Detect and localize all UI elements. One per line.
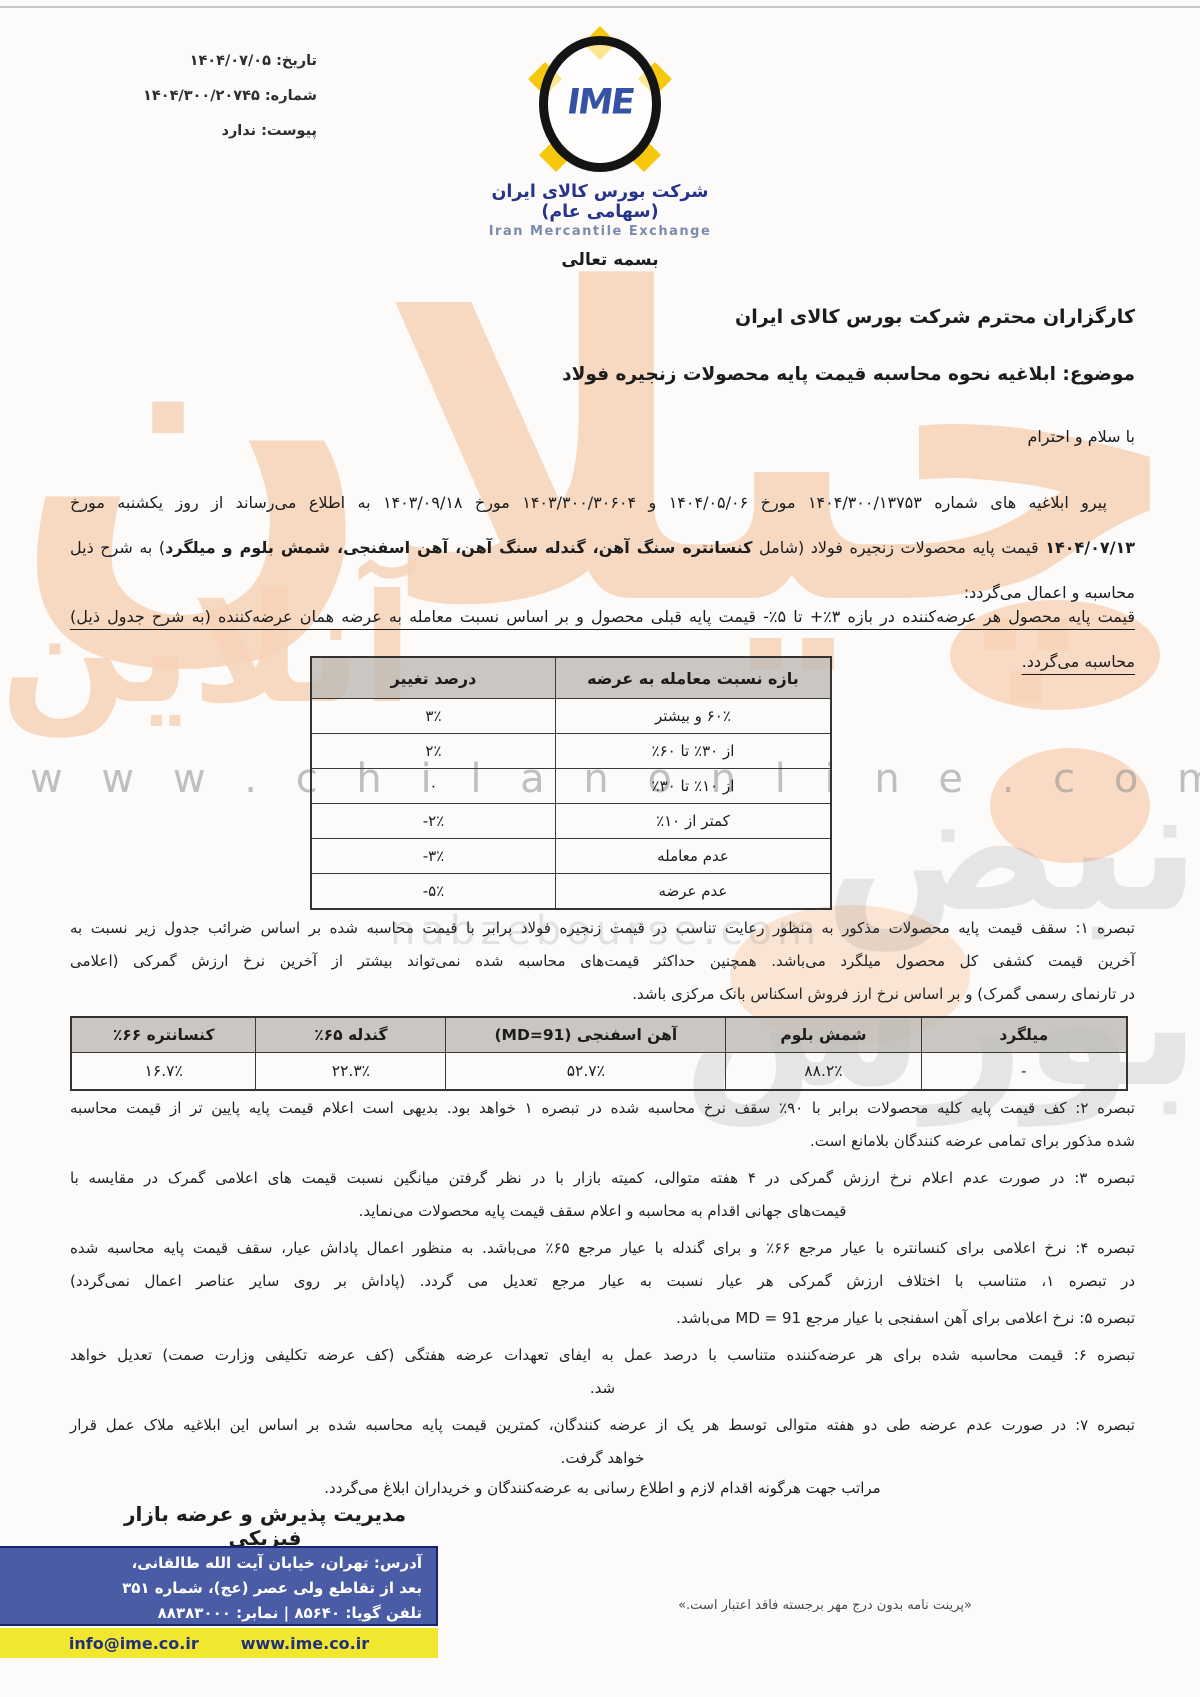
table-value-row: - ۸۸.۲٪ ۵۲.۷٪ ۲۲.۳٪ ۱۶.۷٪ bbox=[71, 1053, 1127, 1091]
letter-page: چیلان آنلاین w w w . c h i l a n o n l i… bbox=[0, 0, 1200, 1697]
number-field: شماره: ۱۴۰۴/۳۰۰/۲۰۷۴۵ bbox=[102, 79, 317, 114]
table-row: از ۳۰٪ تا ۶۰٪ ۲٪ bbox=[311, 734, 831, 769]
col-header-percent-change: درصد تغییر bbox=[311, 657, 555, 699]
col-header-sponge-iron: آهن اسفنجی (MD=91) bbox=[446, 1017, 726, 1053]
star-icon bbox=[638, 62, 672, 96]
footer-website: www.ime.co.ir bbox=[241, 1634, 369, 1653]
ime-logo-ring: IME bbox=[539, 36, 661, 172]
col-header-bloom-ingot: شمش بلوم bbox=[726, 1017, 921, 1053]
table-row: از ۱۰٪ تا ۳۰٪ ۰ bbox=[311, 769, 831, 804]
ime-monogram: IME bbox=[564, 82, 635, 122]
star-icon bbox=[583, 26, 617, 60]
table-header-row: بازه نسبت معامله به عرضه درصد تغییر bbox=[311, 657, 831, 699]
star-icon bbox=[627, 138, 661, 172]
rule-line-1: قیمت پایه محصول هر عرضه‌کننده در بازه ۳٪… bbox=[70, 594, 1135, 639]
intro-line-1: پیرو ابلاغیه های شماره ۱۴۰۴/۳۰۰/۱۳۷۵۳ مو… bbox=[70, 480, 1135, 525]
col-header-concentrate: کنسانتره ۶۶٪ bbox=[71, 1017, 256, 1053]
subject-line: موضوع: ابلاغیه نحوه محاسبه قیمت پایه محص… bbox=[562, 364, 1135, 385]
note-6: تبصره ۶: قیمت محاسبه شده برای هر عرضه‌کن… bbox=[70, 1339, 1135, 1405]
print-validity-note: «پرینت نامه بدون درج مهر برجسته فاقد اعت… bbox=[600, 1598, 1050, 1613]
letter-meta-fields: تاریخ: ۱۴۰۴/۰۷/۰۵ شماره: ۱۴۰۴/۳۰۰/۲۰۷۴۵ … bbox=[102, 44, 317, 149]
col-header-ratio-range: بازه نسبت معامله به عرضه bbox=[555, 657, 831, 699]
footer-email: info@ime.co.ir bbox=[69, 1634, 199, 1653]
star-icon bbox=[528, 62, 562, 96]
ime-logo: IME شرکت بورس کالای ایران (سهامی عام) Ir… bbox=[460, 30, 740, 239]
company-name-fa: شرکت بورس کالای ایران (سهامی عام) bbox=[460, 182, 740, 222]
company-name-en: Iran Mercantile Exchange bbox=[460, 224, 740, 239]
ratio-change-table: بازه نسبت معامله به عرضه درصد تغییر ۶۰٪ … bbox=[310, 656, 832, 910]
address-line-2: بعد از تقاطع ولی عصر (عج)، شماره ۳۵۱ bbox=[6, 1576, 422, 1601]
footer-links-strip: info@ime.co.ir www.ime.co.ir bbox=[0, 1628, 438, 1658]
table-row: ۶۰٪ و بیشتر ۳٪ bbox=[311, 699, 831, 734]
watermark-blob bbox=[990, 748, 1150, 863]
note-5: تبصره ۵: نرخ اعلامی برای آهن اسفنجی با ع… bbox=[70, 1302, 1135, 1335]
address-line-1: آدرس: تهران، خیابان آیت الله طالقانی، bbox=[6, 1551, 422, 1576]
table-header-row: میلگرد شمش بلوم آهن اسفنجی (MD=91) گندله… bbox=[71, 1017, 1127, 1053]
note-2: تبصره ۲: کف قیمت پایه کلیه محصولات برابر… bbox=[70, 1092, 1135, 1158]
besmele-heading: بسمه تعالی bbox=[20, 250, 1200, 270]
date-field: تاریخ: ۱۴۰۴/۰۷/۰۵ bbox=[102, 44, 317, 79]
closing-line: مراتب جهت هرگونه اقدام لازم و اطلاع رسان… bbox=[70, 1479, 1135, 1497]
col-header-pellet: گندله ۶۵٪ bbox=[256, 1017, 446, 1053]
coefficient-table: میلگرد شمش بلوم آهن اسفنجی (MD=91) گندله… bbox=[70, 1016, 1128, 1091]
attachment-field: پیوست: ندارد bbox=[102, 114, 317, 149]
salutation-line: با سلام و احترام bbox=[1027, 427, 1135, 446]
signature-department: مدیریت پذیرش و عرضه بازار فیزیکی bbox=[95, 1502, 435, 1550]
star-icon bbox=[539, 138, 573, 172]
address-box: آدرس: تهران، خیابان آیت الله طالقانی، بع… bbox=[0, 1546, 438, 1626]
col-header-rebar: میلگرد bbox=[921, 1017, 1127, 1053]
product-list: کنسانتره سنگ آهن، گندله سنگ آهن، آهن اسف… bbox=[165, 538, 752, 557]
address-line-3: تلفن گویا: ۸۵۶۴۰ | نمابر: ۸۸۳۸۳۰۰۰ bbox=[6, 1601, 422, 1626]
addressee-line: کارگزاران محترم شرکت بورس کالای ایران bbox=[735, 306, 1135, 328]
note-4: تبصره ۴: نرخ اعلامی برای کنسانتره با عیا… bbox=[70, 1232, 1135, 1298]
table-row: کمتر از ۱۰٪ -۲٪ bbox=[311, 804, 831, 839]
note-7: تبصره ۷: در صورت عدم عرضه طی دو هفته متو… bbox=[70, 1409, 1135, 1475]
scan-edge-line bbox=[0, 6, 1200, 8]
table-row: عدم معامله -۳٪ bbox=[311, 839, 831, 874]
note-3: تبصره ۳: در صورت عدم اعلام نرخ ارزش گمرک… bbox=[70, 1162, 1135, 1228]
note-1: تبصره ۱: سقف قیمت پایه محصولات مذکور به … bbox=[70, 912, 1135, 1011]
intro-line-2: ۱۴۰۴/۰۷/۱۳ قیمت پایه محصولات زنجیره فولا… bbox=[70, 525, 1135, 570]
effective-date: ۱۴۰۴/۰۷/۱۳ bbox=[1045, 538, 1135, 557]
table-row: عدم عرضه -۵٪ bbox=[311, 874, 831, 910]
